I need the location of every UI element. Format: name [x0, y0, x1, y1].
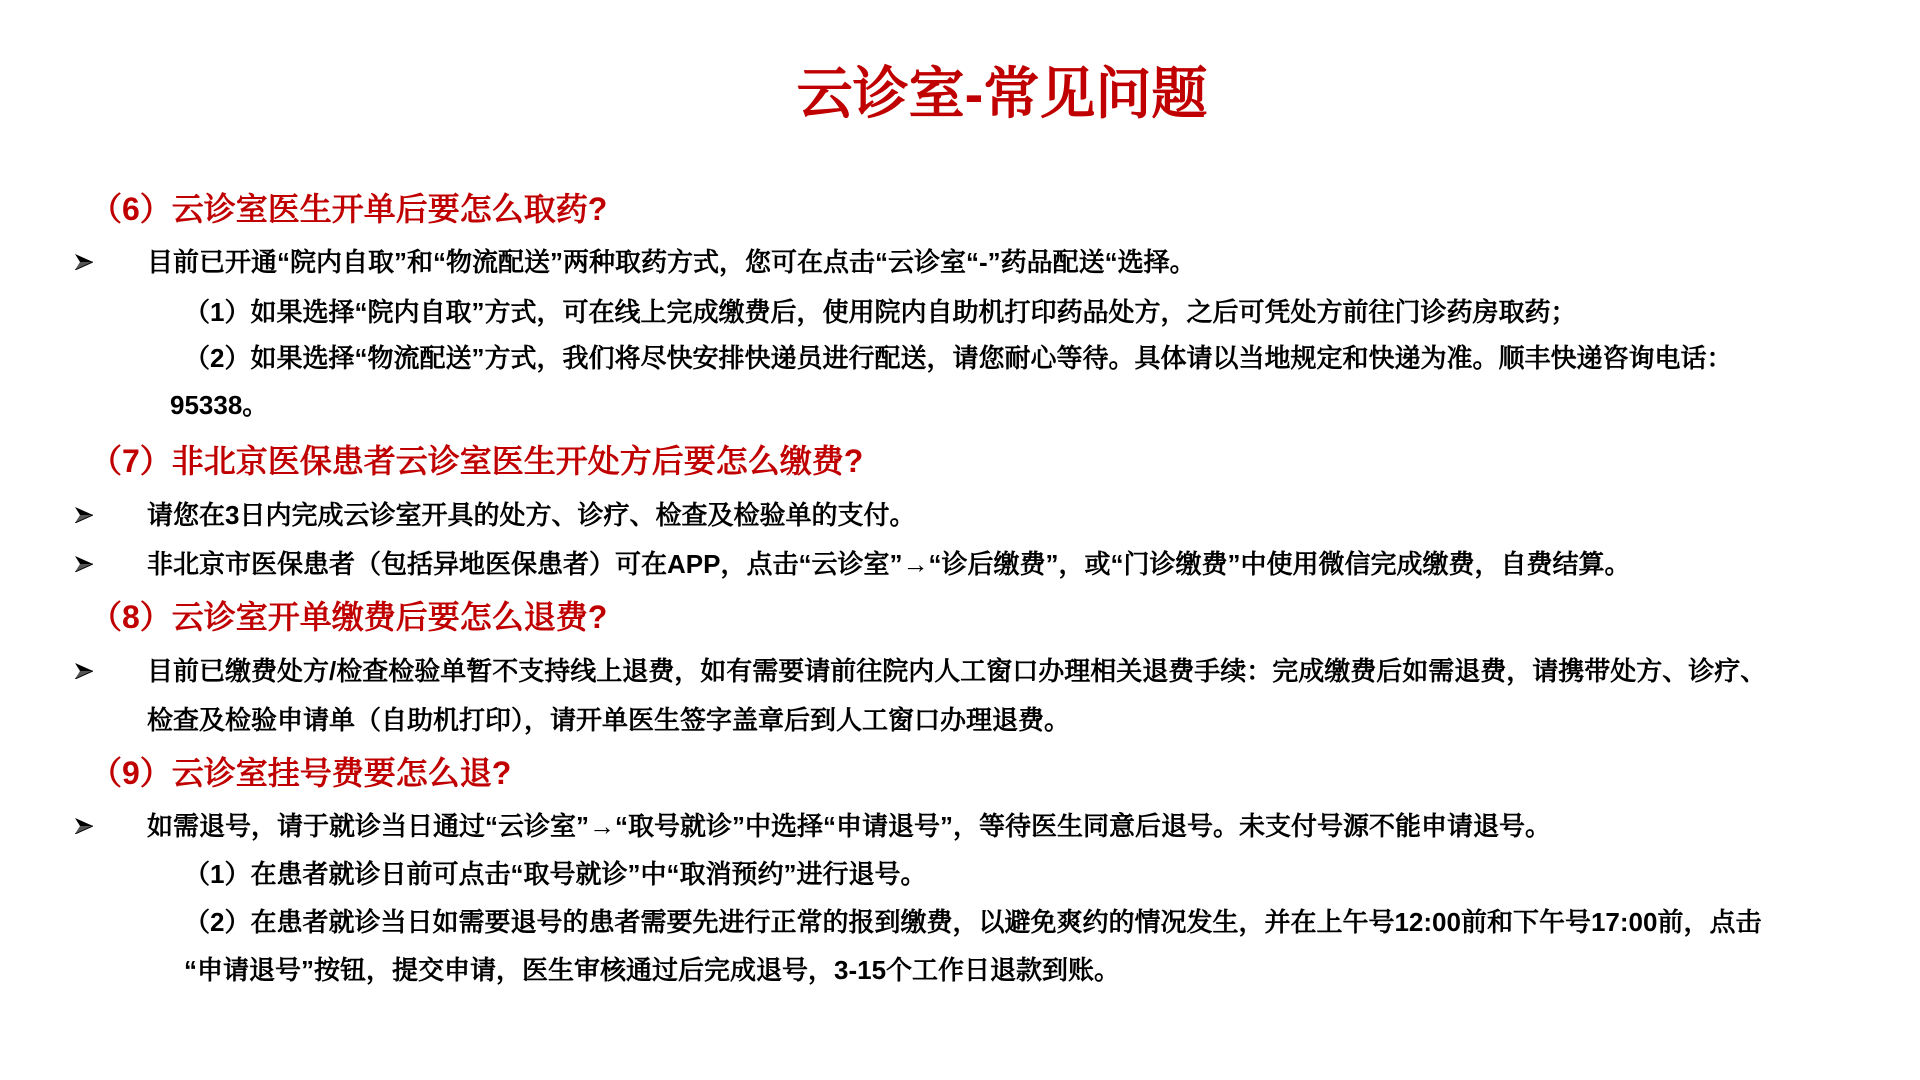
bullet-text: 目前已开通“院内自取”和“物流配送”两种取药方式，您可在点击“云诊室“-”药品配…	[147, 249, 1196, 275]
faq-slide: 云诊室-常见问题 （6）云诊室医生开单后要怎么取药? 目前已开通“院内自取”和“…	[0, 0, 1920, 1080]
sub-item-text: （1）如果选择“院内自取”方式，可在线上完成缴费后，使用院内自助机打印药品处方，…	[184, 299, 1576, 325]
arrow-bullet-icon	[75, 663, 93, 679]
sub-item-text: （2）在患者就诊当日如需要退号的患者需要先进行正常的报到缴费，以避免爽约的情况发…	[184, 909, 1761, 935]
section-heading-8: （8）云诊室开单缴费后要怎么退费?	[90, 601, 607, 633]
bullet-text: 如需退号，请于就诊当日通过“云诊室”→“取号就诊”中选择“申请退号”，等待医生同…	[147, 813, 1551, 839]
sub-item-text: （1）在患者就诊日前可点击“取号就诊”中“取消预约”进行退号。	[184, 861, 926, 887]
bullet-text-continued: 检查及检验申请单（自助机打印），请开单医生签字盖章后到人工窗口办理退费。	[147, 707, 1070, 733]
arrow-bullet-icon	[75, 556, 93, 572]
page-title: 云诊室-常见问题	[797, 66, 1208, 122]
sub-item-text: （2）如果选择“物流配送”方式，我们将尽快安排快递员进行配送，请您耐心等待。具体…	[184, 345, 1732, 371]
bullet-text: 请您在3日内完成云诊室开具的处方、诊疗、检查及检验单的支付。	[147, 502, 915, 528]
sub-item-text-continued: “申请退号”按钮，提交申请，医生审核通过后完成退号，3-15个工作日退款到账。	[184, 957, 1120, 983]
phone-number-text: 95338。	[170, 392, 268, 418]
bullet-text: 目前已缴费处方/检查检验单暂不支持线上退费，如有需要请前往院内人工窗口办理相关退…	[147, 658, 1766, 684]
arrow-bullet-icon	[75, 818, 93, 834]
arrow-bullet-icon	[75, 254, 93, 270]
arrow-bullet-icon	[75, 507, 93, 523]
section-heading-6: （6）云诊室医生开单后要怎么取药?	[90, 193, 607, 225]
section-heading-7: （7）非北京医保患者云诊室医生开处方后要怎么缴费?	[90, 445, 863, 477]
bullet-text: 非北京市医保患者（包括异地医保患者）可在APP，点击“云诊室”→“诊后缴费”，或…	[147, 551, 1630, 577]
section-heading-9: （9）云诊室挂号费要怎么退?	[90, 757, 511, 789]
